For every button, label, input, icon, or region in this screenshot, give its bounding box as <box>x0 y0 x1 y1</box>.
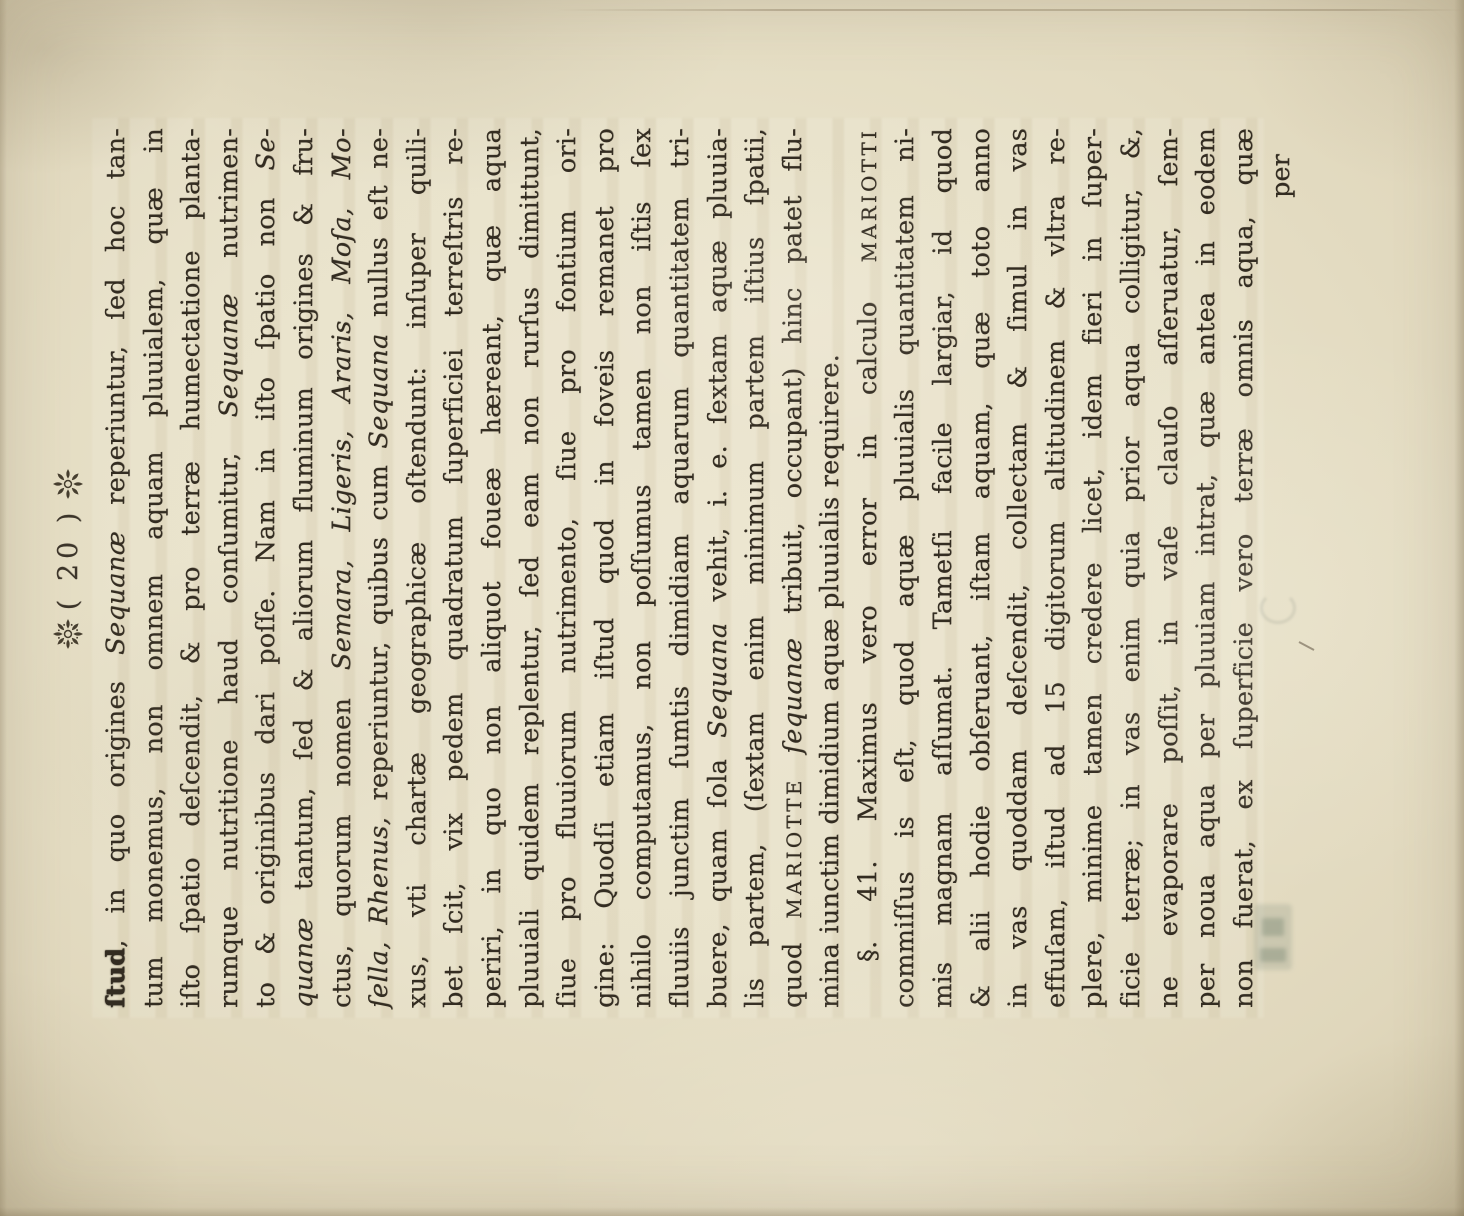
text-line: periri, in quo non aliquot foueæ hæreant… <box>474 128 512 1008</box>
page-number: ( 20 ) <box>53 508 84 611</box>
text-line: ficie terræ; in vas enim quia prior aqua… <box>1113 128 1151 1008</box>
show-through-ghost <box>1254 904 1292 970</box>
show-through-ghost <box>1260 592 1296 624</box>
text-line: rumque nutritione haud conſumitur, Sequa… <box>211 128 249 1008</box>
text-line: tum monemus, non omnem aquam pluuialem, … <box>136 128 174 1008</box>
text-line: quanæ tantum, ſed & aliorum fluminum ori… <box>286 128 324 1008</box>
text-line: ne evaporare poſſit, in vaſe clauſo aſſe… <box>1151 128 1189 1008</box>
text-line: ctus, quorum nomen Semara, Ligeris, Arar… <box>324 128 362 1008</box>
text-line: & alii hodie obſeruant, iſtam aquam, quæ… <box>963 128 1001 1008</box>
rotated-page-content: ( 20 ) ſtud, in quo origines Sequanæ rep… <box>0 0 1464 1216</box>
page-edge-shadow <box>0 0 7 1216</box>
text-line: iſto ſpatio deſcendit, & pro terræ humec… <box>173 128 211 1008</box>
text-line: fluuiis junctim ſumtis dimidiam aquarum … <box>662 128 700 1008</box>
text-line: to & originibus dari poſſe. Nam in iſto … <box>248 128 286 1008</box>
text-line: effuſam, iſtud ad 15 digitorum altitudin… <box>1038 128 1076 1008</box>
text-line: xus, vti chartæ geographicæ oſtendunt: i… <box>399 128 437 1008</box>
fleuron-ornament-icon <box>52 618 84 650</box>
text-line: pluuiali quidem replentur, ſed eam non r… <box>512 128 550 1008</box>
fleuron-ornament-icon <box>52 468 84 500</box>
text-line: §. 41. Maximus vero error in calculo MAR… <box>850 128 888 1008</box>
text-line: ſiue pro fluuiorum nutrimento, ſiue pro … <box>549 128 587 1008</box>
text-line: ſella, Rhenus, reperiuntur, quibus cum S… <box>361 128 399 1008</box>
text-line: ſtud, in quo origines Sequanæ reperiuntu… <box>98 128 136 1008</box>
text-line: lis partem, (ſextam enim minimum partem … <box>737 128 775 1008</box>
text-line: buere, quam ſola Sequana vehit, i. e. ſe… <box>700 128 738 1008</box>
text-block: ſtud, in quo origines Sequanæ reperiuntu… <box>98 128 1263 1008</box>
text-line: quod MARIOTTE ſequanæ tribuit, occupant)… <box>775 128 813 1008</box>
text-line: gine: Quodſi etiam iſtud quod in foveis … <box>587 128 625 1008</box>
page-crease <box>556 9 1464 11</box>
text-line: mina iunctim dimidium aquæ pluuialis req… <box>812 128 850 1008</box>
page-header: ( 20 ) <box>46 468 90 650</box>
text-line: commiſſus is eſt, quod aquæ pluuialis qu… <box>887 128 925 1008</box>
text-line: non fuerat, ex ſuperficie vero terræ omn… <box>1226 128 1264 1008</box>
page-edge-shadow <box>1454 0 1464 1216</box>
text-line: bet ſcit, vix pedem quadratum ſuperficie… <box>436 128 474 1008</box>
text-line: nihilo computamus, non poſſumus tamen no… <box>624 128 662 1008</box>
catchword: per <box>1266 154 1296 198</box>
text-line: in vas quoddam deſcendit, collectam & ſi… <box>1000 128 1038 1008</box>
text-line: per noua aqua per pluuiam intrat, quæ an… <box>1188 128 1226 1008</box>
text-line: plere, minime tamen credere licet, idem … <box>1075 128 1113 1008</box>
scanned-book-page: ( 20 ) ſtud, in quo origines Sequanæ rep… <box>0 0 1464 1216</box>
text-line: mis magnam aſſumat. Tametſi facile largi… <box>925 128 963 1008</box>
page-edge-shadow <box>0 1207 1464 1216</box>
paper-fiber-mark <box>1299 641 1315 651</box>
